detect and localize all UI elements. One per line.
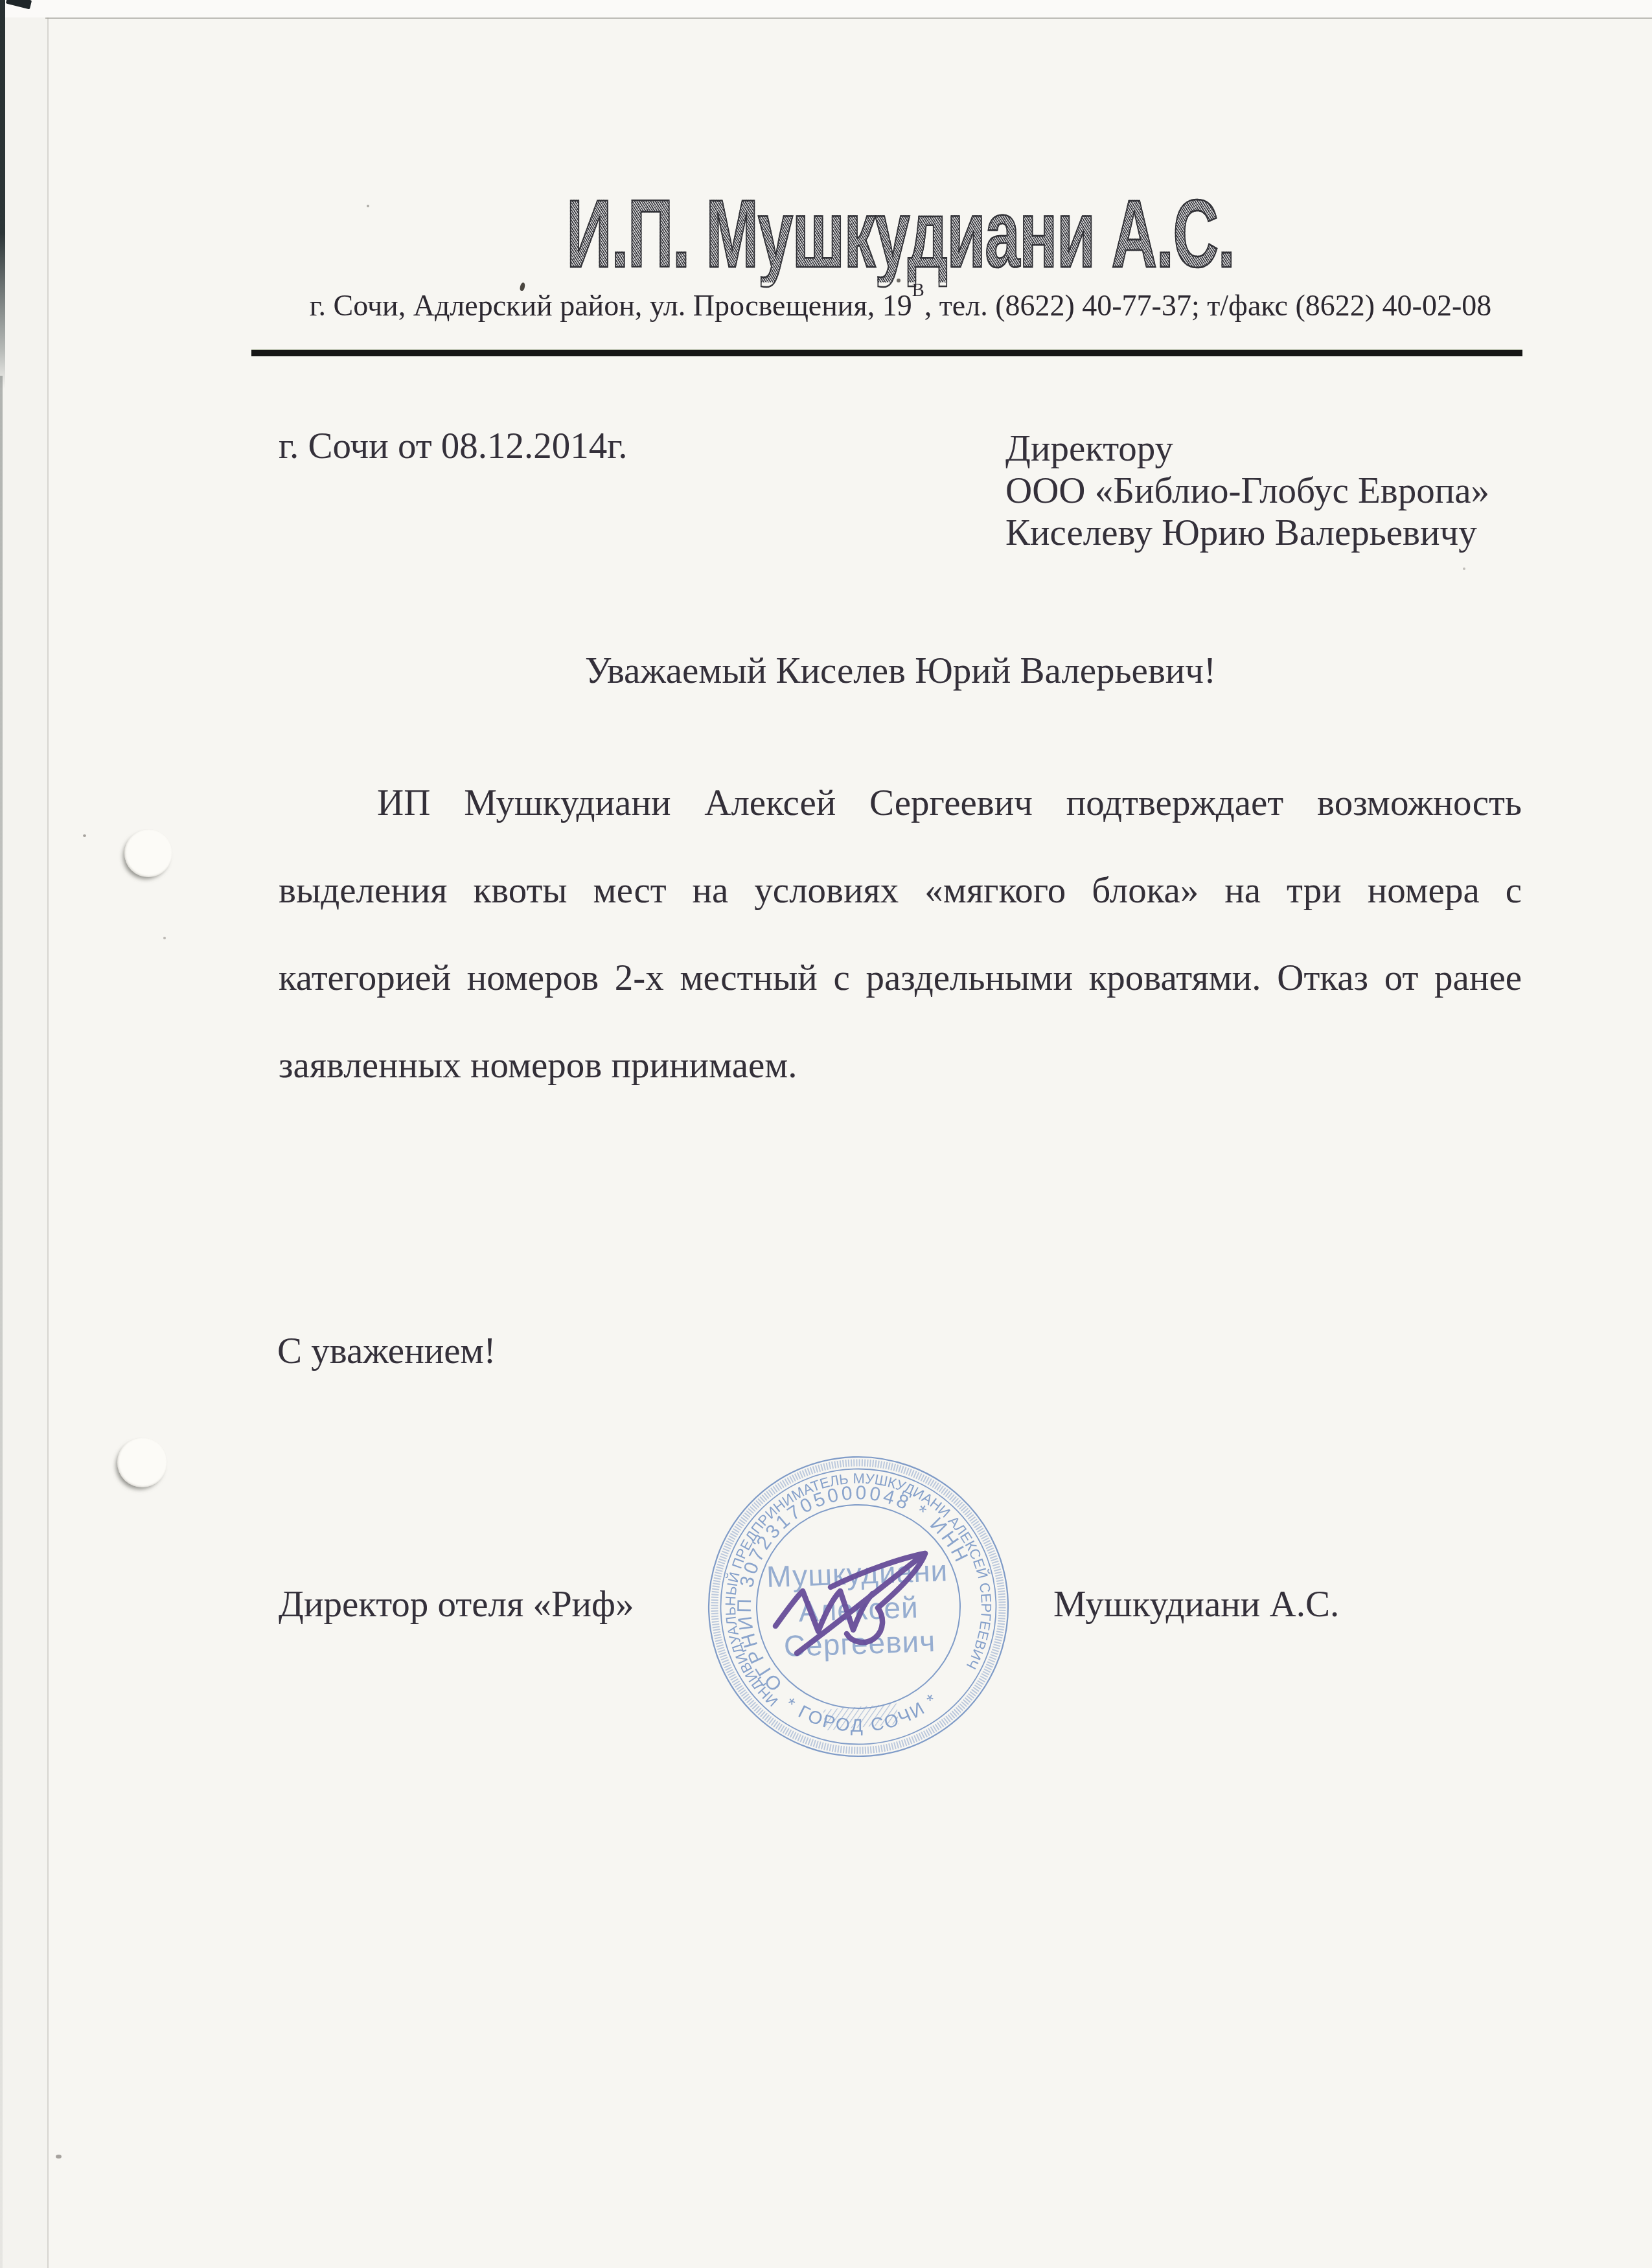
scan-speck [367, 205, 369, 207]
scanned-letter-page: И.П. Мушкудиани А.С. г. Сочи, Адлерский … [0, 0, 1652, 2268]
closing-line: С уважением! [277, 1333, 496, 1369]
date-place-line: г. Сочи от 08.12.2014г. [279, 428, 628, 464]
hole-punch-upper [124, 829, 172, 877]
salutation-line: Уважаемый Киселев Юрий Валерьевич! [279, 652, 1522, 689]
scan-speck [1463, 567, 1465, 570]
signer-position-label: Директор отеля «Риф» [279, 1586, 634, 1623]
body-paragraph-line: выделения квоты мест на условиях «мягког… [279, 871, 1522, 910]
body-paragraph-line: заявленных номеров принимаем. [279, 1046, 1522, 1085]
paper-top-edge [45, 17, 1652, 19]
letterhead-company-title: И.П. Мушкудиани А.С. [490, 187, 1311, 282]
scan-left-margin [0, 0, 47, 2268]
letterhead-divider-rule [251, 350, 1522, 356]
recipient-line: Директору [1005, 428, 1489, 470]
body-paragraph-line: ИП Мушкудиани Алексей Сергеевич подтверж… [279, 784, 1522, 823]
address-suffix: , тел. (8622) 40-77-37; т/факс (8622) 40… [924, 289, 1492, 322]
signer-name-label: Мушкудиани А.С. [1053, 1586, 1339, 1623]
recipient-line: ООО «Библио-Глобус Европа» [1005, 470, 1489, 512]
body-paragraph-line: категорией номеров 2-х местный с раздель… [279, 959, 1522, 998]
scan-speck [83, 834, 86, 837]
hole-punch-lower [117, 1438, 167, 1487]
scan-top-margin [0, 0, 1652, 17]
scan-speck [56, 2155, 62, 2159]
address-superscript: В [912, 281, 924, 301]
scanner-edge-shadow-lower [0, 376, 3, 2268]
recipient-block: Директору ООО «Библио-Глобус Европа» Кис… [1005, 428, 1489, 554]
paper-left-edge [47, 17, 49, 2268]
round-company-stamp: ИНДИВИДУАЛЬНЫЙ ПРЕДПРИНИМАТЕЛЬ МУШКУДИАН… [690, 1438, 1027, 1775]
scanner-edge-shadow [0, 0, 5, 389]
letterhead-address-line: г. Сочи, Адлерский район, ул. Просвещени… [279, 283, 1522, 323]
recipient-line: Киселеву Юрию Валерьевичу [1005, 512, 1489, 554]
scan-speck [163, 937, 166, 939]
address-prefix: г. Сочи, Адлерский район, ул. Просвещени… [310, 289, 912, 322]
